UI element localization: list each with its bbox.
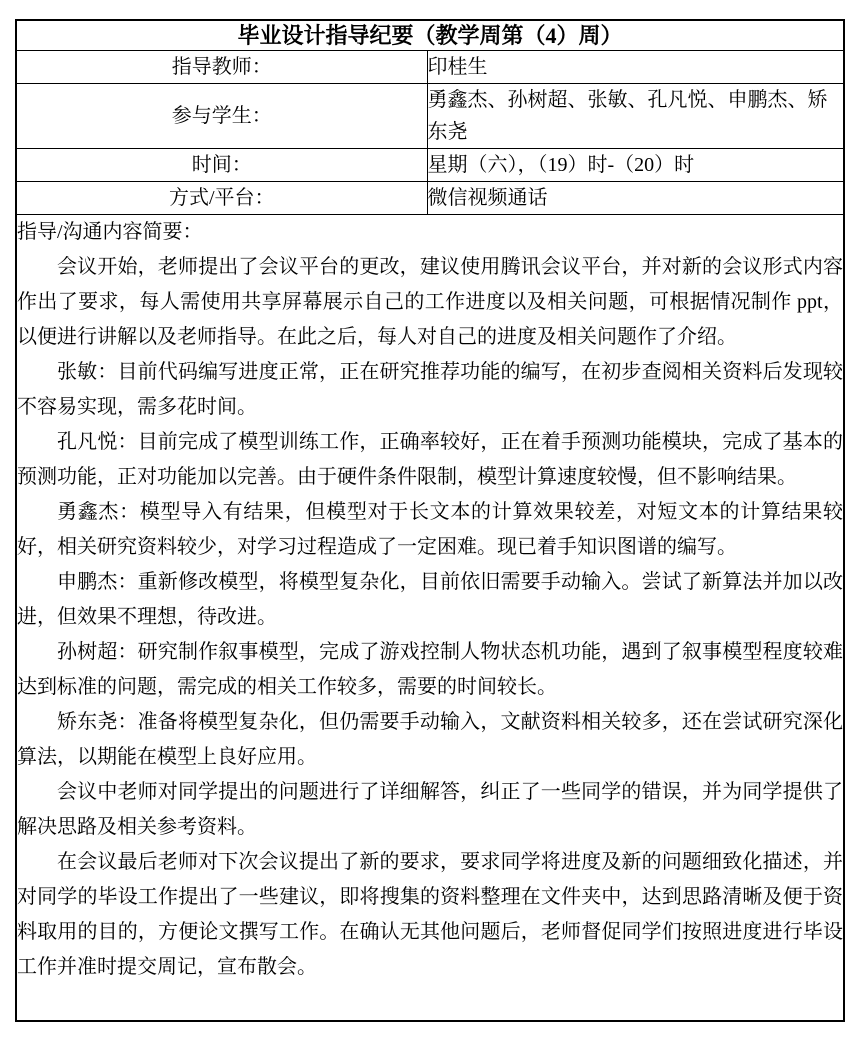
paragraph-zhangmin: 张敏：目前代码编写进度正常，正在研究推荐功能的编写，在初步查阅相关资料后发现较不… [17, 355, 843, 425]
title-row: 毕业设计指导纪要（教学周第（4）周） [16, 20, 844, 51]
paragraph-closing: 在会议最后老师对下次会议提出了新的要求，要求同学将进度及新的问题细致化描述，并对… [17, 845, 843, 985]
meeting-minutes-table: 毕业设计指导纪要（教学周第（4）周） 指导教师： 印桂生 参与学生： 勇鑫杰、孙… [15, 19, 845, 1022]
document-title: 毕业设计指导纪要（教学周第（4）周） [16, 20, 844, 51]
time-label: 时间： [16, 149, 427, 182]
table-row-time: 时间： 星期（六），（19）时-（20）时 [16, 149, 844, 182]
paragraph-kongfanyue: 孔凡悦：目前完成了模型训练工作，正确率较好，正在着手预测功能模块，完成了基本的预… [17, 425, 843, 495]
table-row-teacher: 指导教师： 印桂生 [16, 51, 844, 84]
platform-value: 微信视频通话 [427, 182, 844, 215]
document-page: 毕业设计指导纪要（教学周第（4）周） 指导教师： 印桂生 参与学生： 勇鑫杰、孙… [0, 0, 868, 1037]
paragraph-teacher-answers: 会议中老师对同学提出的问题进行了详细解答，纠正了一些同学的错误，并为同学提供了解… [17, 775, 843, 845]
content-heading: 指导/沟通内容简要： [17, 215, 843, 250]
paragraph-shenpengjie: 申鹏杰：重新修改模型，将模型复杂化，目前依旧需要手动输入。尝试了新算法并加以改进… [17, 565, 843, 635]
teacher-value: 印桂生 [427, 51, 844, 84]
teacher-label: 指导教师： [16, 51, 427, 84]
content-row: 指导/沟通内容简要： 会议开始，老师提出了会议平台的更改，建议使用腾讯会议平台，… [16, 215, 844, 1022]
content-cell: 指导/沟通内容简要： 会议开始，老师提出了会议平台的更改，建议使用腾讯会议平台，… [16, 215, 844, 1022]
paragraph-jiaodongyao: 矫东尧：准备将模型复杂化，但仍需要手动输入，文献资料相关较多，还在尝试研究深化算… [17, 705, 843, 775]
time-value: 星期（六），（19）时-（20）时 [427, 149, 844, 182]
students-label: 参与学生： [16, 84, 427, 149]
table-row-students: 参与学生： 勇鑫杰、孙树超、张敏、孔凡悦、申鹏杰、矫东尧 [16, 84, 844, 149]
platform-label: 方式/平台： [16, 182, 427, 215]
paragraph-yongxinjie: 勇鑫杰：模型导入有结果，但模型对于长文本的计算效果较差，对短文本的计算结果较好，… [17, 495, 843, 565]
students-value: 勇鑫杰、孙树超、张敏、孔凡悦、申鹏杰、矫东尧 [427, 84, 844, 149]
paragraph-sunshuchao: 孙树超：研究制作叙事模型，完成了游戏控制人物状态机功能，遇到了叙事模型程度较难达… [17, 635, 843, 705]
table-row-platform: 方式/平台： 微信视频通话 [16, 182, 844, 215]
paragraph-meeting-intro: 会议开始，老师提出了会议平台的更改，建议使用腾讯会议平台，并对新的会议形式内容作… [17, 250, 843, 355]
